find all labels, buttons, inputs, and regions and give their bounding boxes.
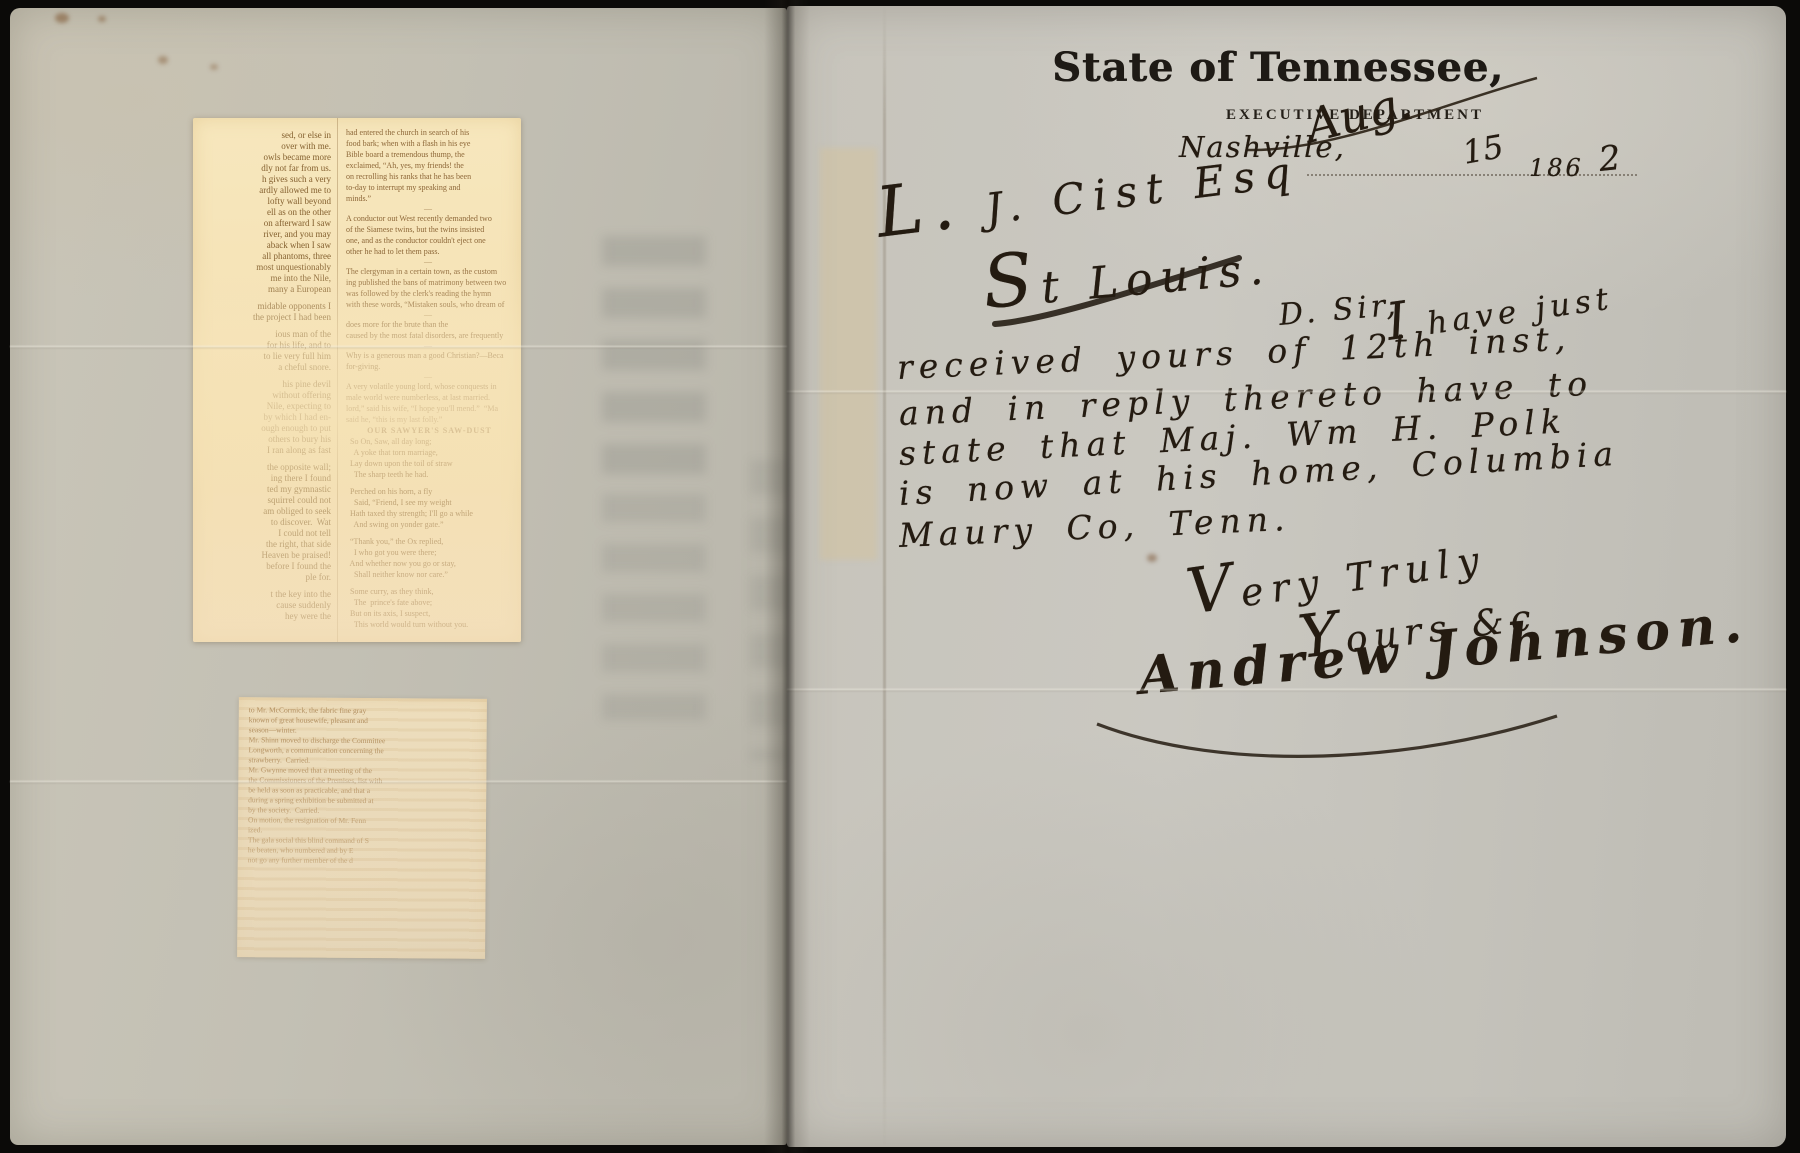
show-through-lettering: [602, 494, 706, 720]
clipping-text-line: owls became more: [197, 152, 331, 163]
newspaper-clipping-top: sed, or else inover with me.owls became …: [193, 118, 521, 642]
clipping-text-line: The prince's fate above;: [346, 597, 513, 608]
clipping-text-line: had entered the church in search of his: [346, 127, 513, 138]
newspaper-clipping-bottom: to Mr. McCormick, the fabric fine graykn…: [237, 697, 487, 959]
printed-year-prefix: 186: [1529, 154, 1584, 182]
clipping-text-line: lord,” said his wife, “I hope you'll men…: [346, 403, 513, 414]
ink-stain: [1147, 554, 1157, 562]
clipping-text-line: the opposite wall;: [197, 462, 331, 473]
clipping-text-line: hey were the: [197, 611, 331, 622]
clipping-text-line: A yoke that torn marriage,: [346, 447, 513, 458]
paper-stain: [55, 13, 69, 23]
clipping-text-line: h gives such a very: [197, 174, 331, 185]
clipping-text-line: I who got you were there;: [346, 547, 513, 558]
clipping-text-line: midable opponents I: [197, 301, 331, 312]
clipping-text-line: does more for the brute than the: [346, 319, 513, 330]
clipping-text-line: ple for.: [197, 572, 331, 583]
clipping-text-line: Lay down upon the toil of straw: [346, 458, 513, 469]
clipping-text-line: on afterward I saw: [197, 218, 331, 229]
clipping-text-line: a cheful snore.: [197, 362, 331, 373]
clipping-text-line: to discover. Wat: [197, 517, 331, 528]
clipping-text-line: ious man of the: [197, 329, 331, 340]
clipping-text-line: said he, “this is my last folly.”: [346, 414, 513, 425]
clipping-text-line: A very volatile young lord, whose conque…: [346, 381, 513, 392]
clipping-text-line: many a European: [197, 284, 331, 295]
clipping-text-line: before I found the: [197, 561, 331, 572]
clipping-text-line: with these words, “Mistaken souls, who d…: [346, 299, 513, 310]
clipping-text-line: sed, or else in: [197, 130, 331, 141]
clipping-text-line: the project I had been: [197, 312, 331, 323]
fold-crease: [10, 780, 787, 784]
clipping-text-line: Nile, expecting to: [197, 401, 331, 412]
paper-stain: [158, 56, 168, 64]
clipping-text-line: cause suddenly: [197, 600, 331, 611]
clipping-text-line: caused by the most fatal disorders, are …: [346, 330, 513, 341]
clipping-text-line: The sharp teeth he had.: [346, 469, 513, 480]
clipping-text-line: And whether now you go or stay,: [346, 558, 513, 569]
clipping-text-line: to-day to interrupt my speaking and: [346, 182, 513, 193]
clipping-text-line: am obliged to seek: [197, 506, 331, 517]
clipping-text-line: ted my gymnastic: [197, 484, 331, 495]
clipping-text-line: OUR SAWYER'S SAW-DUST: [346, 425, 513, 436]
clipping-text-line: me into the Nile,: [197, 273, 331, 284]
clipping-text-line: ell as on the other: [197, 207, 331, 218]
show-through-lettering: [602, 236, 706, 484]
clipping-text-line: ough enough to put: [197, 423, 331, 434]
clipping-text-line: “Thank you,” the Ox replied,: [346, 536, 513, 547]
clipping-text-line: other he had to let them pass.: [346, 246, 513, 257]
clipping-text-line: Some curry, as they think,: [346, 586, 513, 597]
clipping-text-line: dly not far from us.: [197, 163, 331, 174]
clipping-text-line: most unquestionably: [197, 262, 331, 273]
clipping-text-line: Heaven be praised!: [197, 550, 331, 561]
clipping-text-line: for-giving.: [346, 361, 513, 372]
clipping-text-line: was followed by the clerk's reading the …: [346, 288, 513, 299]
clipping-text-line: exclaimed, “Ah, yes, my friends! the: [346, 160, 513, 171]
letter-scan: sed, or else inover with me.owls became …: [0, 0, 1800, 1153]
clipping-text-line: ing published the bans of matrimony betw…: [346, 277, 513, 288]
fold-crease: [787, 688, 1786, 692]
clipping-text-line: his pine devil: [197, 379, 331, 390]
clipping-text-line: Why is a generous man a good Christian?—…: [346, 350, 513, 361]
clipping-text-line: And swing on yonder gate.”: [346, 519, 513, 530]
page-seam-shadow: [764, 0, 810, 1153]
clipping-text-line: Shall neither know nor care.”: [346, 569, 513, 580]
clipping-text-line: But on its axis, I suspect,: [346, 608, 513, 619]
clipping-text-line: one, and as the conductor couldn't eject…: [346, 235, 513, 246]
clipping-text-line: —: [346, 204, 513, 213]
clipping-text-line: —: [346, 372, 513, 381]
clipping-text-line: minds.”: [346, 193, 513, 204]
clipping-text-line: —: [346, 310, 513, 319]
handwritten-date-day: 15: [1460, 127, 1507, 171]
clipping-text-line: the right, that side: [197, 539, 331, 550]
clipping-text-line: ing there I found: [197, 473, 331, 484]
clipping-text-line: Hath taxed thy strength; I'll go a while: [346, 508, 513, 519]
signature-flourish: [1087, 708, 1567, 778]
clipping-text-line: others to bury his: [197, 434, 331, 445]
clipping-text-line: to lie very full him: [197, 351, 331, 362]
clipping-text-line: food bark; when with a flash in his eye: [346, 138, 513, 149]
left-page: sed, or else inover with me.owls became …: [10, 8, 787, 1145]
fold-crease: [10, 345, 787, 349]
clipping-text-line: Said, “Friend, I see my weight: [346, 497, 513, 508]
clipping-text-line: The clergyman in a certain town, as the …: [346, 266, 513, 277]
clipping-text-line: This world would turn without you.: [346, 619, 513, 630]
date-dotted-line: [1307, 174, 1637, 176]
clipping-text-line: squirrel could not: [197, 495, 331, 506]
clipping-text-line: A conductor out West recently demanded t…: [346, 213, 513, 224]
fold-crease: [787, 390, 1786, 394]
clipping-text-line: Perched on his horn, a fly: [346, 486, 513, 497]
clipping-text-line: I could not tell: [197, 528, 331, 539]
clipping-text-line: all phantoms, three: [197, 251, 331, 262]
clipping-text-line: —: [346, 257, 513, 266]
clipping-text-line: ardly allowed me to: [197, 185, 331, 196]
clipping-text-line: on recrolling his ranks that he has been: [346, 171, 513, 182]
hinge-show-through: [820, 148, 877, 560]
clipping-text-line: river, and you may: [197, 229, 331, 240]
paper-stain: [98, 16, 106, 22]
clipping-text-line: Bible board a tremendous thump, the: [346, 149, 513, 160]
clipping-text-line: aback when I saw: [197, 240, 331, 251]
paper-stain: [210, 64, 218, 70]
clipping-text-line: t the key into the: [197, 589, 331, 600]
clipping-text-line: I ran along as fast: [197, 445, 331, 456]
clipping-column-right: had entered the church in search of hisf…: [337, 118, 521, 642]
clipping-text-line: On motion, the resignation of Mr. Fenn: [248, 815, 480, 827]
clipping-text-line: not go any further member of the d: [248, 855, 480, 867]
clipping-text-line: lofty wall beyond: [197, 196, 331, 207]
clipping-text-line: over with me.: [197, 141, 331, 152]
handwritten-year-digit: 2: [1597, 138, 1623, 180]
clipping-text-line: of the Siamese twins, but the twins insi…: [346, 224, 513, 235]
clipping-text-line: by which I had en-: [197, 412, 331, 423]
clipping-text-line: So On, Saw, all day long;: [346, 436, 513, 447]
clipping-text-line: male world were numberless, at last marr…: [346, 392, 513, 403]
clipping-text-line: without offering: [197, 390, 331, 401]
clipping-column-left: sed, or else inover with me.owls became …: [193, 118, 337, 642]
right-page: State of Tennessee, EXECUTIVE DEPARTMENT…: [787, 6, 1786, 1147]
